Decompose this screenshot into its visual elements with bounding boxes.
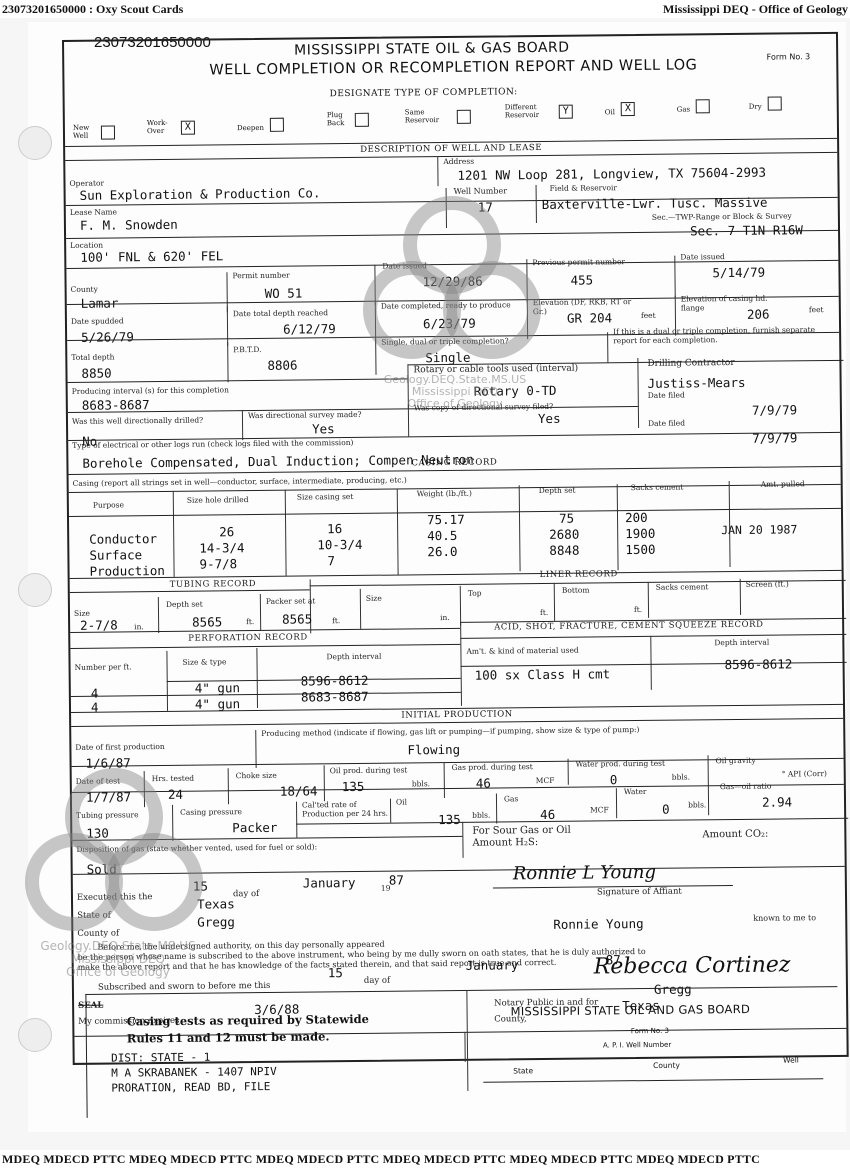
divider <box>242 410 243 440</box>
previous-permit-value: 455 <box>570 272 593 287</box>
co2-label: Amount CO₂: <box>702 831 768 840</box>
divider <box>158 597 159 633</box>
sec-twp-value: Sec. 7 T1N R16W <box>690 222 803 238</box>
divider <box>519 485 521 571</box>
form-title-report: WELL COMPLETION OR RECOMPLETION REPORT A… <box>209 57 697 78</box>
punch-hole-icon <box>18 126 52 160</box>
date-issued-label: Date issued <box>382 262 427 271</box>
day-of-label: day of <box>233 890 259 899</box>
field-reservoir-value: Baxterville-Lwr. Tusc. Massive <box>542 195 768 212</box>
hrs-tested-label: Hrs. tested <box>152 775 194 784</box>
divider <box>68 378 408 383</box>
executed-year-value: 87 <box>389 872 404 887</box>
divider <box>446 188 447 228</box>
divider <box>444 762 445 798</box>
checkbox[interactable]: Y <box>559 105 573 119</box>
unit: bbls. <box>472 812 490 821</box>
lease-name-value: F. M. Snowden <box>80 217 178 233</box>
drilling-contractor-label: Drilling Contractor <box>647 359 734 368</box>
well-number-value: 17 <box>478 199 493 214</box>
divider <box>374 265 375 305</box>
executed-label: Executed this the <box>77 893 153 902</box>
watermark-line: Office of Geology <box>18 966 218 979</box>
packer-label: Packer set at <box>266 597 316 606</box>
column-header: Size casing set <box>297 493 354 502</box>
dual-note: If this is a dual or triple completion, … <box>613 326 833 345</box>
date-filed-label: Date filed <box>648 391 685 400</box>
disposition-label: Disposition of gas (state whether vented… <box>76 843 317 854</box>
tubing-record-heading: TUBING RECORD <box>170 580 257 589</box>
single-dual-label: Single, dual or triple completion? <box>381 337 509 347</box>
casing-pressure-value: Packer <box>232 820 277 835</box>
form-number: Form No. 3 <box>767 52 811 61</box>
producing-interval-label: Producing interval (s) for this completi… <box>72 386 229 396</box>
divider <box>172 805 173 841</box>
date-td-value: 6/12/79 <box>283 321 336 337</box>
h2s-label: Amount H₂S: <box>472 839 538 848</box>
permit-number-label: Permit number <box>232 272 289 281</box>
sworn-label: Subscribed and sworn to before me this <box>98 982 271 992</box>
unit: ft. <box>246 618 254 627</box>
bottom-section: Casing tests as required by Statewide Ru… <box>85 986 838 1118</box>
divider <box>466 991 468 1091</box>
completion-workover[interactable]: Work-Over X <box>147 119 195 136</box>
checkbox[interactable] <box>696 99 710 113</box>
tubing-depth-label: Depth set <box>166 601 203 610</box>
address-value: 1201 NW Loop 281, Longview, TX 75604-299… <box>457 165 766 183</box>
first-production-label: Date of first production <box>75 743 164 752</box>
divider <box>397 489 399 575</box>
column-header: Sacks cement <box>631 484 684 493</box>
divider <box>568 759 569 785</box>
date-completed-value: 6/23/79 <box>423 316 476 332</box>
tubing-depth-value: 8565 <box>192 614 222 629</box>
column-header: Size & type <box>182 658 226 667</box>
divider <box>607 332 608 362</box>
notary-signature: Rebecca Cortinez <box>594 952 791 979</box>
column-header: Weight (lb./ft.) <box>417 490 472 499</box>
divider <box>375 339 376 375</box>
well-number-label: Well Number <box>454 187 507 196</box>
gas-test-label: Gas prod. during test <box>452 763 533 772</box>
sec-twp-label: Sec.—TWP-Range or Block & Survey <box>652 212 792 222</box>
elevation-unit: feet <box>641 312 656 321</box>
checkbox[interactable] <box>270 118 284 132</box>
designate-heading: DESIGNATE TYPE OF COMPLETION: <box>330 87 518 99</box>
divider <box>72 836 462 841</box>
address-label: Address <box>443 158 474 167</box>
liner-bottom-label: Bottom <box>562 587 590 596</box>
lease-name-label: Lease Name <box>70 208 117 217</box>
checkbox[interactable] <box>355 113 369 127</box>
column-header: Depth set <box>539 487 576 496</box>
acid-record-heading: ACID, SHOT, FRACTURE, CEMENT SQUEEZE REC… <box>494 621 763 632</box>
divider <box>296 818 848 825</box>
received-stamp: JAN 20 1987 <box>721 522 797 537</box>
divider <box>616 788 617 818</box>
county-of-label: County of <box>77 929 119 938</box>
watermark-text: Geology.DEQ.State.MS.US Mississippi DEQ … <box>360 374 550 410</box>
liner-screen-label: Screen (ft.) <box>746 580 789 589</box>
divider <box>462 822 463 858</box>
board-form-no: Form No. 3 <box>631 1027 669 1035</box>
divider <box>285 490 287 576</box>
date-completed-label: Date completed, ready to produce <box>381 301 521 311</box>
completion-same-reservoir[interactable]: Same Reservoir <box>405 108 471 125</box>
divider <box>227 306 228 346</box>
location-value: 100' FNL & 620' FEL <box>80 248 223 264</box>
divider <box>740 579 741 615</box>
prev-date-issued-value: 5/14/79 <box>712 265 765 281</box>
api-well-label: Well <box>783 1055 799 1064</box>
tubing-pressure-label: Tubing pressure <box>76 811 139 820</box>
unit: MCF <box>536 777 555 786</box>
perforation-record-heading: PERFORATION RECORD <box>188 633 308 643</box>
watermark-line: Office of Geology <box>360 398 550 410</box>
water-test-label: Water prod. during test <box>576 760 665 769</box>
unit: bbls. <box>672 773 690 782</box>
pbtd-value: 8806 <box>267 358 297 373</box>
completion-new-well[interactable]: New Well <box>73 123 115 139</box>
previous-permit-label: Previous permit number <box>532 258 625 267</box>
affiant-name-value: Ronnie Young <box>553 916 643 932</box>
sour-gas-label: For Sour Gas or Oil <box>472 827 571 837</box>
divider <box>648 582 649 618</box>
gas-rate-value: 46 <box>540 807 555 822</box>
divider <box>255 730 256 768</box>
date-filed-value-2: 7/9/79 <box>752 430 797 445</box>
water-rate-label: Water <box>624 788 647 797</box>
date-filed-value-1: 7/9/79 <box>752 402 797 417</box>
calc-rate-label: Cal'ted rate of Production per 24 hrs. <box>302 801 392 819</box>
date-spudded-value: 5/26/79 <box>81 329 134 345</box>
divider <box>617 484 619 570</box>
divider <box>228 768 229 804</box>
divider <box>536 185 537 223</box>
unit: ft. <box>332 617 340 626</box>
unit: ft. <box>540 609 548 618</box>
note-line: Casing tests as required by Statewide <box>127 1012 369 1029</box>
divider <box>526 259 527 301</box>
packer-value: 8565 <box>282 611 312 626</box>
unit: bbls. <box>688 801 706 810</box>
api-box: MISSISSIPPI STATE OIL AND GAS BOARD Form… <box>482 989 823 1083</box>
column-header: Amt. pulled <box>761 480 805 489</box>
drilling-contractor-value: Justiss-Mears <box>648 375 746 391</box>
elev-casing-unit: feet <box>809 306 824 315</box>
divider <box>70 570 842 579</box>
signature-label: Signature of Affiant <box>597 888 682 897</box>
date-spudded-label: Date spudded <box>71 317 124 326</box>
completion-dry[interactable]: Dry <box>749 96 782 110</box>
prev-date-issued-label: Date issued <box>680 253 725 262</box>
divider <box>554 583 555 621</box>
divider <box>173 491 175 577</box>
api-county-label: County <box>653 1061 680 1070</box>
date-issued-value: 12/29/86 <box>422 274 482 290</box>
dist-line: M A SKRABANEK - 1407 NPIV <box>111 1064 277 1081</box>
divider <box>227 342 228 382</box>
liner-sacks-label: Sacks cement <box>656 583 709 592</box>
completion-gas[interactable]: Gas <box>677 99 711 113</box>
hrs-tested-value: 24 <box>168 787 183 802</box>
permit-number-value: WO 51 <box>265 285 303 300</box>
divider <box>360 589 361 629</box>
sworn-day-value: 15 <box>328 965 343 980</box>
api-well-number-label: A. P. I. Well Number <box>603 1041 671 1050</box>
column-header: Am't. & kind of material used <box>466 647 578 657</box>
watermark-text: Geology.DEQ.State.MS.US Mississippi DEQ … <box>18 940 218 979</box>
divider <box>460 586 461 626</box>
liner-top-label: Top <box>468 590 482 599</box>
punch-hole-icon <box>18 573 52 607</box>
completion-different-reservoir[interactable]: Different Reservoir Y <box>505 103 573 120</box>
divider <box>324 765 325 801</box>
liner-size-label: Size <box>366 595 382 604</box>
executed-month-value: January <box>303 875 356 891</box>
logs-label: Type of electrical or other logs run (ch… <box>72 439 353 450</box>
total-depth-label: Total depth <box>71 353 114 362</box>
state-value: Texas <box>197 896 235 911</box>
divider <box>144 771 145 807</box>
column-header: Size hole drilled <box>187 496 249 505</box>
test-date-label: Date of test <box>76 777 120 786</box>
column-header: Purpose <box>93 501 124 510</box>
water-test-value: 0 <box>610 772 618 787</box>
divider <box>70 589 310 593</box>
well-completion-form: MISSISSIPPI STATE OIL & GAS BOARD WELL C… <box>62 32 849 1065</box>
tubing-pressure-value: 130 <box>86 826 109 841</box>
checkbox[interactable] <box>768 96 782 110</box>
copy-filed-value: Yes <box>538 411 561 426</box>
completion-oil[interactable]: Oil X <box>605 102 635 116</box>
checkbox[interactable]: X <box>181 121 195 135</box>
completion-type-row: New Well Work-Over X Deepen Plug Back Sa… <box>65 98 841 144</box>
divider <box>71 692 461 697</box>
oil-rate-label: Oil <box>396 798 407 807</box>
divider <box>70 644 460 649</box>
divider <box>496 793 497 823</box>
state-label: State of <box>77 912 111 921</box>
liner-record-heading: LINER RECORD <box>540 570 618 579</box>
api-state-label: State <box>513 1066 533 1075</box>
unit: MCF <box>590 806 609 815</box>
pbtd-label: P.B.T.D. <box>233 346 261 355</box>
gas-oil-ratio-label: Gas—oil ratio <box>720 783 772 792</box>
affidavit-text: known to me to <box>753 914 816 923</box>
column-header: Number per ft. <box>75 663 132 672</box>
column-header: Depth interval <box>714 639 769 648</box>
oil-gravity-label: Oil gravity <box>716 757 756 766</box>
agency-title: Mississippi DEQ - Office of Geology <box>663 2 848 17</box>
scanned-document: 23073201650000 MISSISSIPPI STATE OIL & G… <box>0 18 850 1150</box>
divider <box>296 802 297 838</box>
county-of-value: Gregg <box>197 914 235 929</box>
completion-plug-back[interactable]: Plug Back <box>327 111 369 127</box>
total-depth-value: 8850 <box>81 365 111 380</box>
divider <box>637 358 639 428</box>
divider <box>460 622 462 706</box>
oil-test-value: 135 <box>342 779 365 794</box>
checkbox[interactable]: X <box>621 102 635 116</box>
executed-day-value: 15 <box>193 879 208 894</box>
oil-rate-value: 135 <box>438 812 461 827</box>
choke-size-label: Choke size <box>236 772 277 781</box>
gas-oil-ratio-value: 2.94 <box>762 794 792 809</box>
checkbox[interactable] <box>101 125 115 139</box>
directional-survey-value: Yes <box>312 421 335 436</box>
punch-hole-icon <box>18 1018 52 1052</box>
field-reservoir-label: Field & Reservoir <box>550 184 617 193</box>
water-rate-value: 0 <box>662 802 670 817</box>
column-header: Depth interval <box>326 653 381 662</box>
oil-test-label: Oil prod. during test <box>330 766 408 775</box>
elev-casing-value: 206 <box>747 307 770 322</box>
directional-survey-label: Was directional survey made? <box>248 411 362 421</box>
gas-rate-label: Gas <box>504 795 518 804</box>
dist-line: PRORATION, READ BD, FILE <box>111 1079 277 1096</box>
directionally-drilled-label: Was this well directionally drilled? <box>72 417 203 427</box>
date-filed-label-2: Date filed <box>648 419 685 428</box>
divider <box>437 156 438 186</box>
county-label: County <box>71 286 98 295</box>
footer-banner: MDEQ MDECD PTTC MDEQ MDECD PTTC MDEQ MDE… <box>0 1152 850 1172</box>
completion-deepen[interactable]: Deepen <box>237 118 284 132</box>
note-line: Rules 11 and 12 must be made. <box>127 1029 369 1046</box>
operator-value: Sun Exploration & Production Co. <box>80 185 321 203</box>
board-title: MISSISSIPPI STATE OIL AND GAS BOARD <box>511 1002 751 1019</box>
unit: in. <box>440 614 450 623</box>
distribution-list: DIST: STATE - 1 M A SKRABANEK - 1407 NPI… <box>111 1049 277 1096</box>
viewer-header: 23073201650000 : Oxy Scout Cards Mississ… <box>0 0 850 18</box>
form-title-board: MISSISSIPPI STATE OIL & GAS BOARD <box>294 40 570 59</box>
affiant-signature: Ronnie L Young <box>513 862 656 884</box>
casing-test-note: Casing tests as required by Statewide Ru… <box>127 1012 370 1046</box>
casing-instruction: Casing (report all strings set in well—c… <box>73 476 407 488</box>
divider <box>256 648 258 708</box>
document-id-title: 23073201650000 : Oxy Scout Cards <box>2 2 183 17</box>
sworn-month-value: January <box>466 957 519 973</box>
choke-size-value: 18/64 <box>280 783 318 798</box>
oil-gravity-unit: ° API (Corr) <box>782 770 827 779</box>
day-of-label: day of <box>364 977 390 986</box>
divider <box>260 594 261 630</box>
producing-method-label: Producing method (indicate if flowing, g… <box>261 726 639 738</box>
checkbox[interactable] <box>457 110 471 124</box>
elevation-value: GR 204 <box>567 310 612 325</box>
casing-pressure-label: Casing pressure <box>180 808 242 817</box>
producing-method-value: Flowing <box>407 742 460 758</box>
unit: ft. <box>634 606 642 615</box>
divider <box>527 299 528 339</box>
first-production-value: 1/6/87 <box>85 755 130 770</box>
dist-line: DIST: STATE - 1 <box>111 1049 277 1066</box>
divider <box>460 634 846 639</box>
divider <box>73 866 845 875</box>
date-td-label: Date total depth reached <box>233 309 328 318</box>
